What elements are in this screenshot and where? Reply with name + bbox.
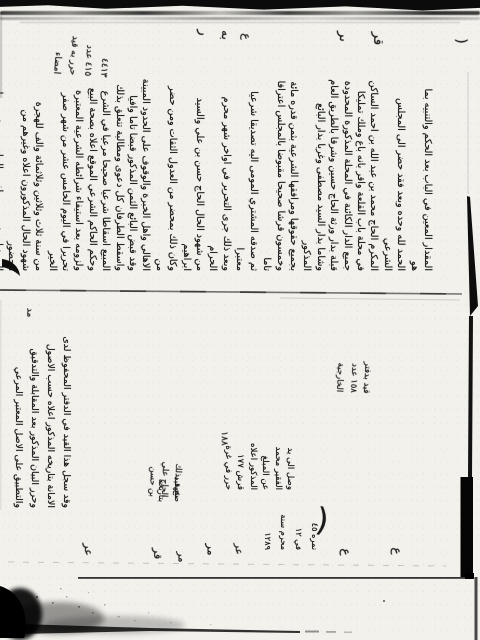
handwritten-text: صح قيد بتاريخه: [154, 474, 186, 502]
handwritten-text: المقدار المعين في الباب بعد الحكم والتنب…: [46, 77, 434, 271]
smudge-soft-1: [0, 588, 42, 640]
fold-line-echo: [280, 298, 460, 300]
scan-edge-right-bar: [461, 477, 474, 577]
fold-line-dashes: [0, 290, 462, 294]
scatter-glyph-4: مر: [205, 544, 216, 556]
scatter-glyph-6: ع: [341, 548, 353, 555]
registry-annotation: قيد بدفتر ١٥٨ عدد الخارجية: [336, 314, 376, 394]
smudge-taper-line: [20, 624, 300, 634]
scanned-manuscript-page: ٤٤١٣ ٤١٥ عدد حرر به قيد امضاء ر به ع ىر …: [0, 0, 480, 640]
header-mark-3: ع: [241, 33, 252, 40]
date-number-cluster: نمره ٤٥ في ١٢ محرم سنة ١٢٨٩: [260, 502, 322, 550]
smudge-dash-1: [305, 631, 319, 633]
main-text-block: المقدار المعين في الباب بعد الحكم والتنب…: [46, 77, 434, 271]
handwritten-text: وصل الى يد الفقير محمد عن المبلغ المذكور…: [222, 412, 296, 490]
scan-streak-1: [0, 11, 480, 15]
header-mark-6: (: [454, 38, 468, 43]
bottom-rule-line: [78, 577, 470, 579]
scatter-glyph-5: عر: [233, 543, 243, 554]
margin-tail-cluster: صح قيد بتاريخه: [154, 474, 186, 502]
scan-edge-top-band: [0, 0, 480, 11]
smudge-dash-2: [326, 631, 336, 633]
scatter-glyph-3: مر: [175, 552, 185, 563]
fold-line: [0, 290, 462, 294]
handwritten-text: قيد بدفتر ١٥٨ عدد الخارجية: [332, 312, 376, 394]
smudge-soft-2: [12, 602, 104, 634]
scan-edge-right-wedge: [467, 196, 478, 316]
scatter-glyph-1: عر: [83, 543, 94, 556]
smudge-soft-3: [45, 616, 185, 634]
header-mark-4: ىر: [337, 31, 350, 42]
bottom-rule-endcap: [465, 573, 474, 579]
header-signature-block: ٤٤١٣ ٤١٥ عدد حرر به قيد امضاء: [50, 20, 114, 78]
scatter-glyph-7: ع: [392, 547, 404, 554]
faint-crease-line: [8, 562, 446, 566]
scatter-glyph-2: قر: [152, 548, 163, 559]
right-faint-streak: [468, 72, 469, 194]
handwritten-text: وقد سجل هذا القيد في الدفتر المحفوظ لدى …: [42, 314, 74, 508]
scan-edge-right-thin: [475, 577, 478, 640]
header-mark-2: به: [220, 30, 232, 40]
smudge-dash-3: [344, 632, 352, 634]
header-mark-5: قر: [371, 32, 384, 45]
left-edge-shade-lower: [0, 300, 2, 510]
scan-edge-right-line: [468, 316, 473, 478]
smudge-blob: [0, 586, 26, 638]
smudge-speckles: [36, 588, 385, 625]
margin-annotation-column: وقد سجل هذا القيد في الدفتر المحفوظ لدى …: [42, 314, 74, 508]
handwritten-text: ٤٤١٣ ٤١٥ عدد حرر به قيد امضاء: [46, 16, 114, 78]
receipt-note-block: وصل الى يد الفقير محمد عن المبلغ المذكور…: [222, 412, 296, 490]
margin-lead-mark: مد: [24, 308, 33, 318]
handwritten-text: نمره ٤٥ في ١٢ محرم سنة ١٢٨٩: [260, 502, 322, 550]
header-mark-1: ر: [197, 29, 210, 35]
